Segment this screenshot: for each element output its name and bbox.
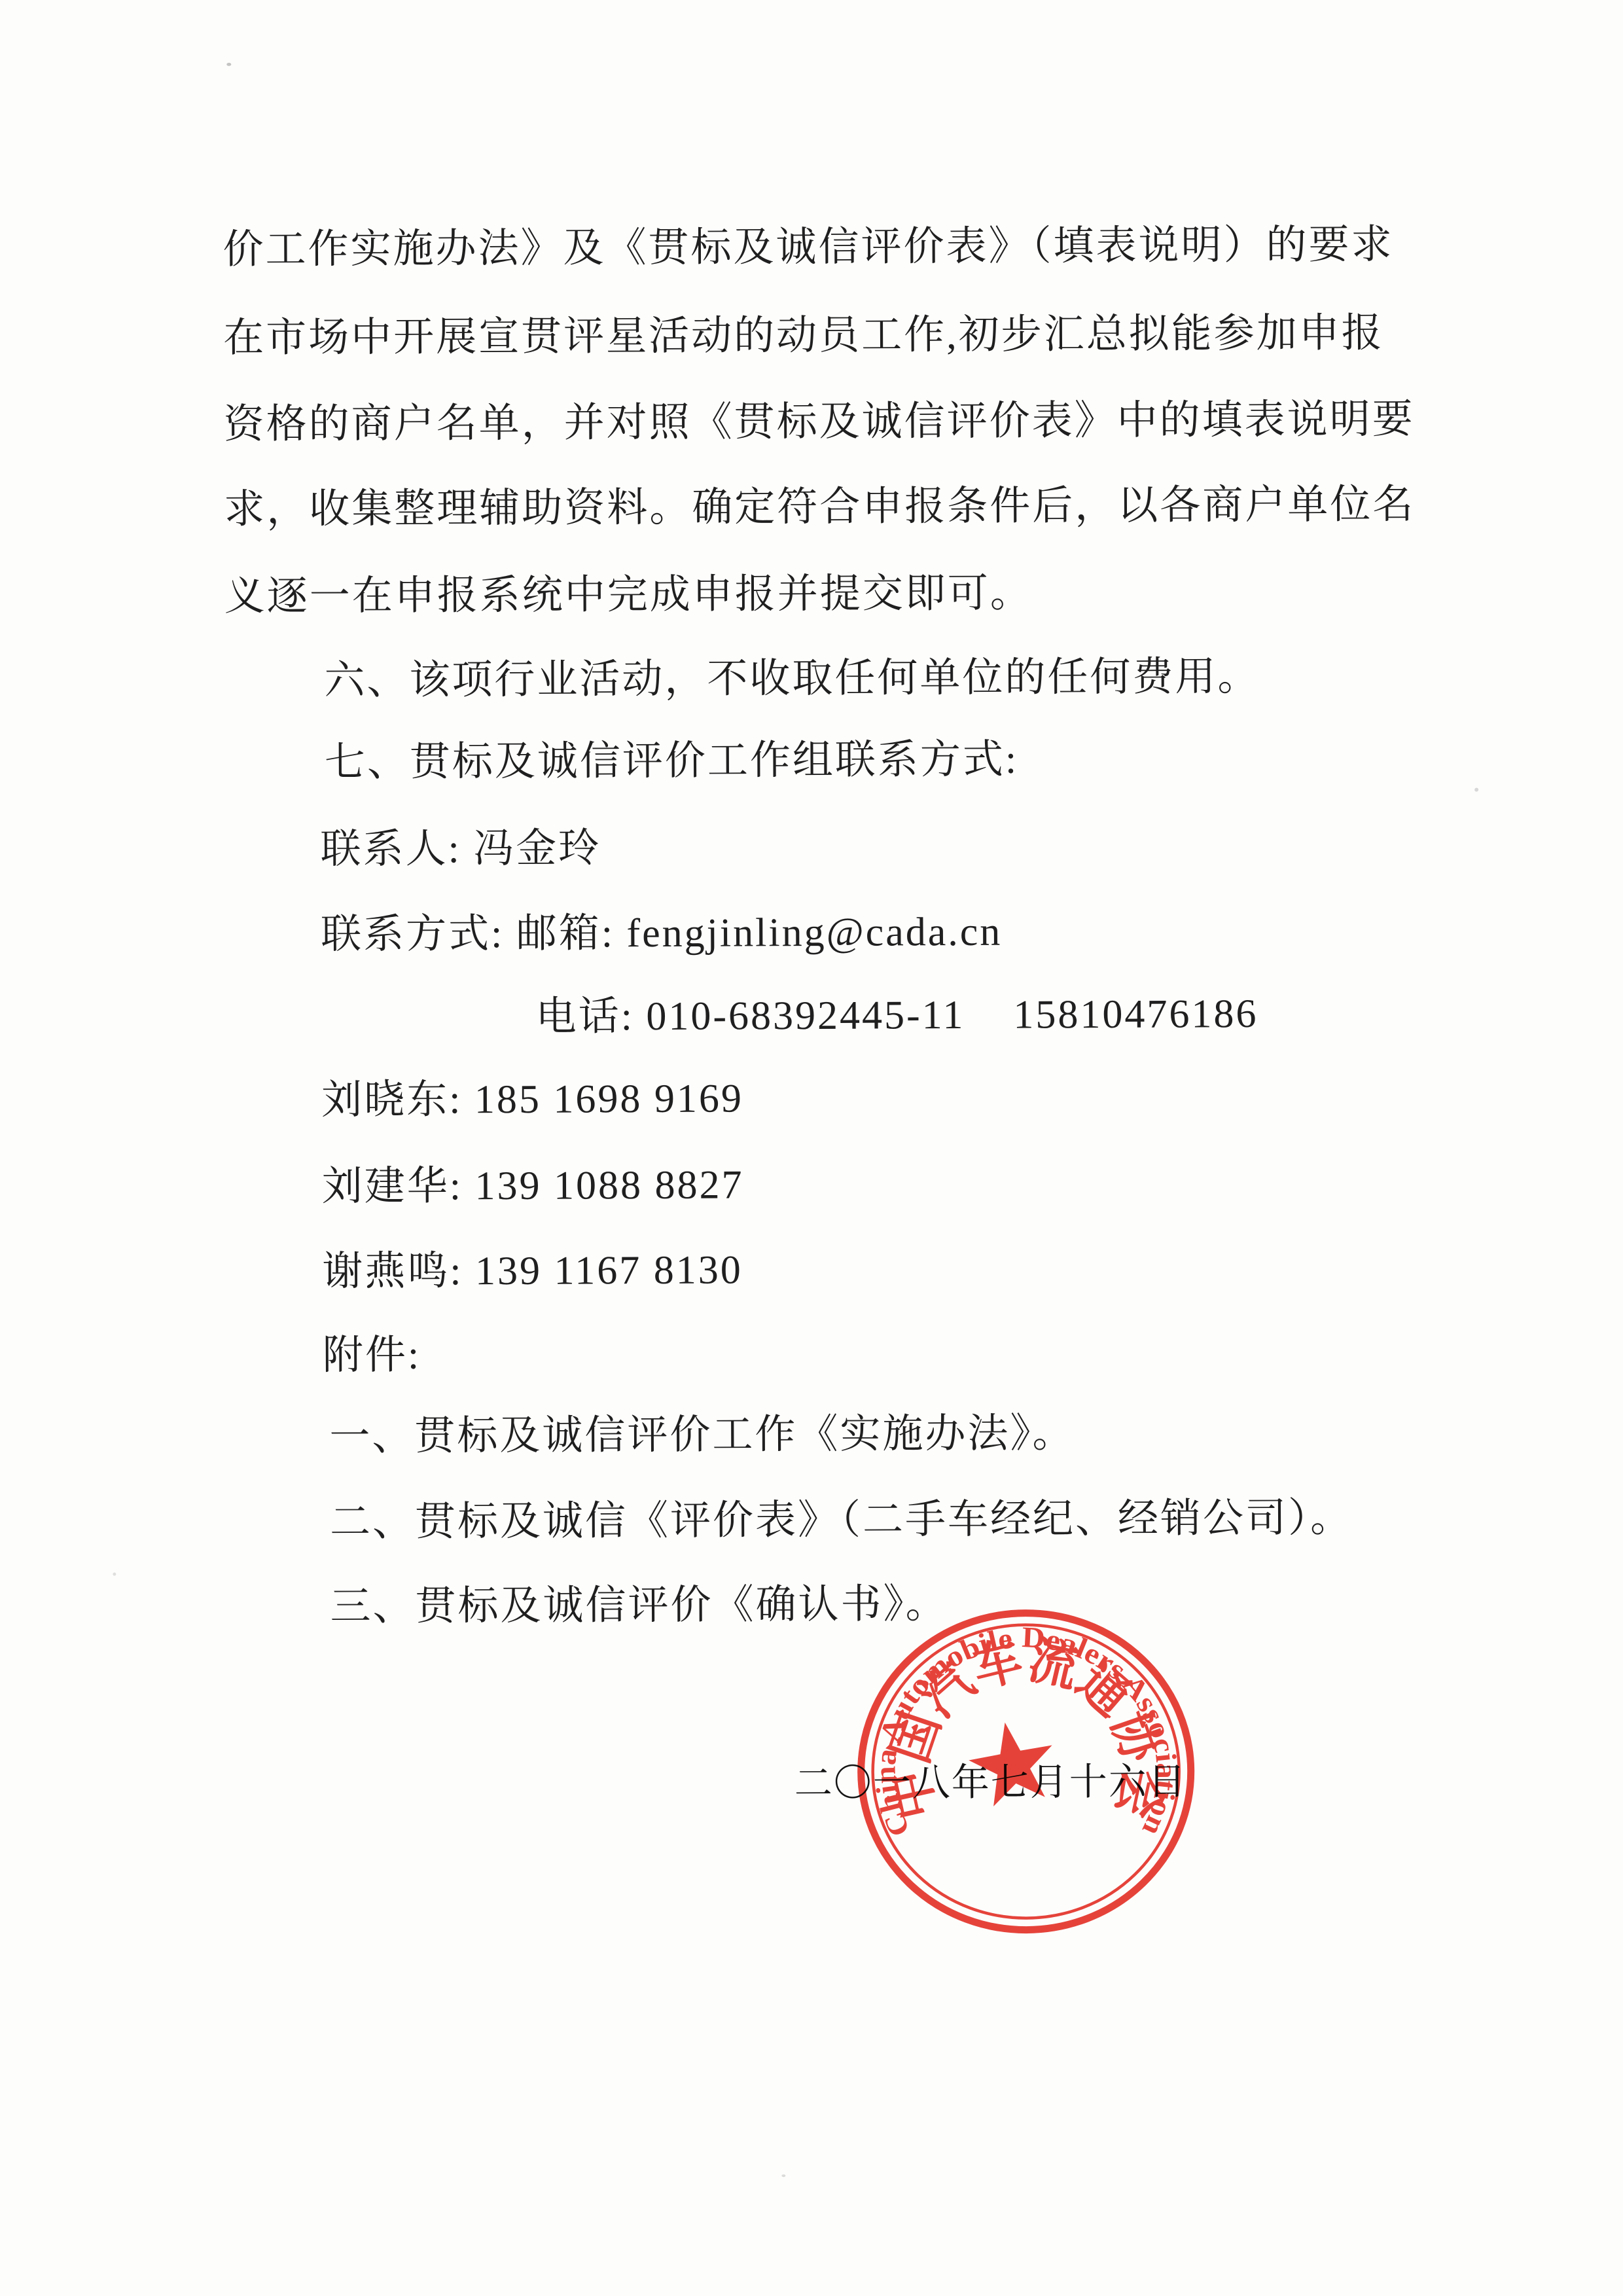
official-seal-stamp: China Automobile Dealers Association 中国汽… (851, 1605, 1205, 1940)
contact-email-line: 联系方式: 邮箱: fengjinling@cada.cn (321, 906, 1003, 961)
attachments-heading: 附件: (323, 1329, 421, 1382)
star-icon (963, 1715, 1061, 1809)
body-line: 资格的商户名单，并对照《贯标及诚信评价表》中的填表说明要 (224, 393, 1415, 451)
scan-noise-speck (1474, 788, 1478, 792)
body-line: 求，收集整理辅助资料。确定符合申报条件后，以各商户单位名 (224, 478, 1415, 536)
contact-person-line: 联系人: 冯金玲 (320, 822, 601, 876)
scanned-letter: 价工作实施办法》及《贯标及诚信评价表》（填表说明）的要求 在市场中开展宣贯评星活… (0, 0, 1623, 2296)
contact-liuxiaodong-line: 刘晓东: 185 1698 9169 (321, 1072, 743, 1126)
body-line-item-7: 七、贯标及诚信评价工作组联系方式: (325, 734, 1019, 789)
scan-noise-speck (226, 63, 231, 66)
contact-liujianhua-line: 刘建华: 139 1088 8827 (322, 1158, 744, 1213)
attachment-item-2: 二、贯标及诚信《评价表》（二手车经纪、经销公司）。 (330, 1492, 1353, 1549)
contact-phone-line: 电话: 010-68392445-11 15810476186 (535, 988, 1258, 1043)
contact-xieyanming-line: 谢燕鸣: 139 1167 8130 (322, 1244, 743, 1298)
body-line: 义逐一在申报系统中完成申报并提交即可。 (224, 567, 1033, 623)
document-page: 价工作实施办法》及《贯标及诚信评价表》（填表说明）的要求 在市场中开展宣贯评星活… (0, 0, 1623, 2296)
attachment-item-1: 一、贯标及诚信评价工作《实施办法》。 (329, 1407, 1075, 1463)
body-line: 价工作实施办法》及《贯标及诚信评价表》（填表说明）的要求 (223, 219, 1393, 276)
scan-noise-speck (113, 1573, 116, 1576)
scan-noise-speck (781, 2174, 785, 2177)
body-line-item-6: 六、该项行业活动，不收取任何单位的任何费用。 (324, 651, 1260, 707)
body-line: 在市场中开展宣贯评星活动的动员工作,初步汇总拟能参加申报 (223, 307, 1384, 365)
